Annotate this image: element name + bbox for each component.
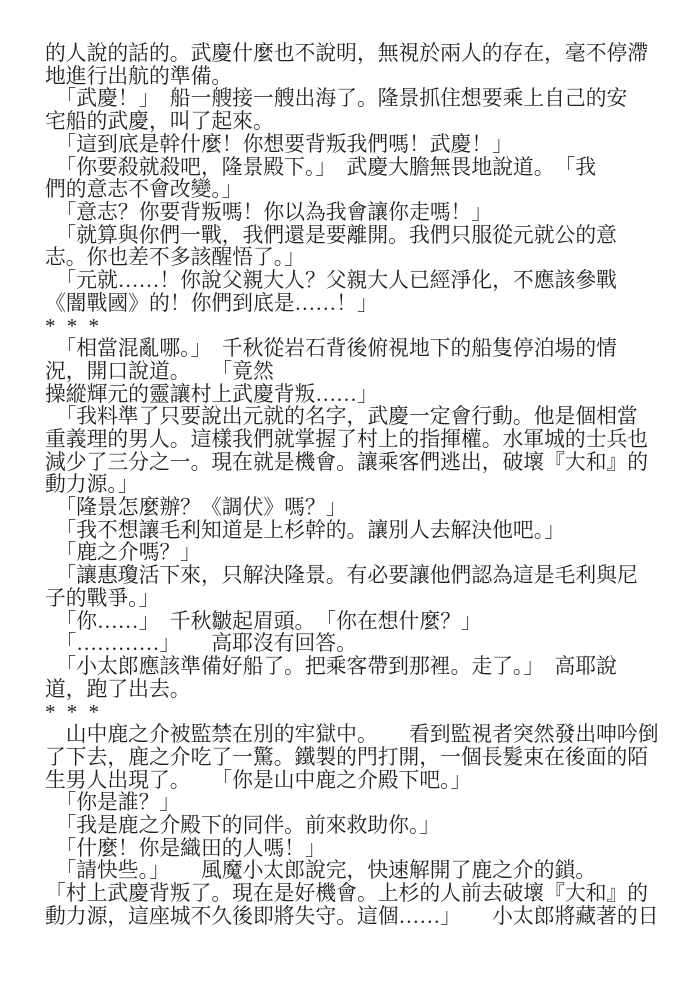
text-line: 的人說的話的。武慶什麼也不說明，無視於兩人的存在，毫不停滯: [45, 43, 680, 66]
text-line: 「武慶！」 船一艘接一艘出海了。隆景抓住想要乘上自己的安: [45, 88, 680, 111]
text-line: 道，跑了出去。: [45, 679, 680, 702]
text-line: 操縱輝元的靈讓村上武慶背叛……」: [45, 384, 680, 407]
text-line: 動力源，這座城不久後即將失守。這個……」 小太郎將藏著的日: [45, 906, 680, 929]
text-line: 山中鹿之介被監禁在別的牢獄中。 看到監視者突然發出呻吟倒: [45, 724, 680, 747]
text-line: 重義理的男人。這樣我們就掌握了村上的指揮權。水軍城的士兵也: [45, 429, 680, 452]
text-line: 「意志？你要背叛嗎！你以為我會讓你走嗎！」: [45, 202, 680, 225]
text-line: 宅船的武慶，叫了起來。: [45, 111, 680, 134]
text-line: 「什麼！你是織田的人嗎！」: [45, 838, 680, 861]
text-line: 「相當混亂哪。」 千秋從岩石背後俯視地下的船隻停泊場的情: [45, 338, 680, 361]
text-line: 「就算與你們一戰，我們還是要離開。我們只服從元就公的意: [45, 225, 680, 248]
text-line: 減少了三分之一。現在就是機會。讓乘客們逃出，破壞『大和』的: [45, 452, 680, 475]
text-line: 「讓惠瓊活下來，只解決隆景。有必要讓他們認為這是毛利與尼: [45, 565, 680, 588]
page-body: 的人說的話的。武慶什麼也不說明，無視於兩人的存在，毫不停滯地進行出航的準備。 「…: [45, 43, 680, 928]
text-line: 「村上武慶背叛了。現在是好機會。上杉的人前去破壞『大和』的: [45, 883, 680, 906]
text-line: 「我不想讓毛利知道是上杉幹的。讓別人去解決他吧。」: [45, 520, 680, 543]
text-line: 志。你也差不多該醒悟了。」: [45, 247, 680, 270]
text-line: 動力源。」: [45, 474, 680, 497]
text-line: 「隆景怎麼辦？《調伏》嗎？」: [45, 497, 680, 520]
text-line: 地進行出航的準備。: [45, 66, 680, 89]
text-line: 「這到底是幹什麼！你想要背叛我們嗎！武慶！」: [45, 134, 680, 157]
text-line: 了下去，鹿之介吃了一驚。鐵製的門打開，一個長髮束在後面的陌: [45, 747, 680, 770]
text-line: 「你……」 千秋皺起眉頭。 「你在想什麼？」: [45, 611, 680, 634]
scene-separator: * * *: [45, 701, 680, 724]
text-line: 子的戰爭。」: [45, 588, 680, 611]
book-page: 的人說的話的。武慶什麼也不說明，無視於兩人的存在，毫不停滯地進行出航的準備。 「…: [0, 0, 700, 993]
text-line: 們的意志不會改變。」: [45, 179, 680, 202]
text-line: 「請快些。」 風魔小太郎說完，快速解開了鹿之介的鎖。: [45, 860, 680, 883]
text-line: 「我是鹿之介殿下的同伴。前來救助你。」: [45, 815, 680, 838]
text-line: 生男人出現了。 「你是山中鹿之介殿下吧。」: [45, 770, 680, 793]
scene-separator: * * *: [45, 315, 680, 338]
text-line: 「鹿之介嗎？」: [45, 542, 680, 565]
text-line: 況，開口說道。 「竟然: [45, 361, 680, 384]
text-line: 「我料準了只要說出元就的名字，武慶一定會行動。他是個相當: [45, 406, 680, 429]
text-line: 「你是誰？」: [45, 792, 680, 815]
text-line: 《闇戰國》的！你們到底是……！」: [45, 293, 680, 316]
text-line: 「小太郎應該準備好船了。把乘客帶到那裡。走了。」 高耶說: [45, 656, 680, 679]
text-line: 「元就……！你說父親大人？父親大人已經淨化，不應該參戰: [45, 270, 680, 293]
text-line: 「…………」 高耶沒有回答。: [45, 633, 680, 656]
text-line: 「你要殺就殺吧，隆景殿下。」 武慶大膽無畏地說道。 「我: [45, 157, 680, 180]
